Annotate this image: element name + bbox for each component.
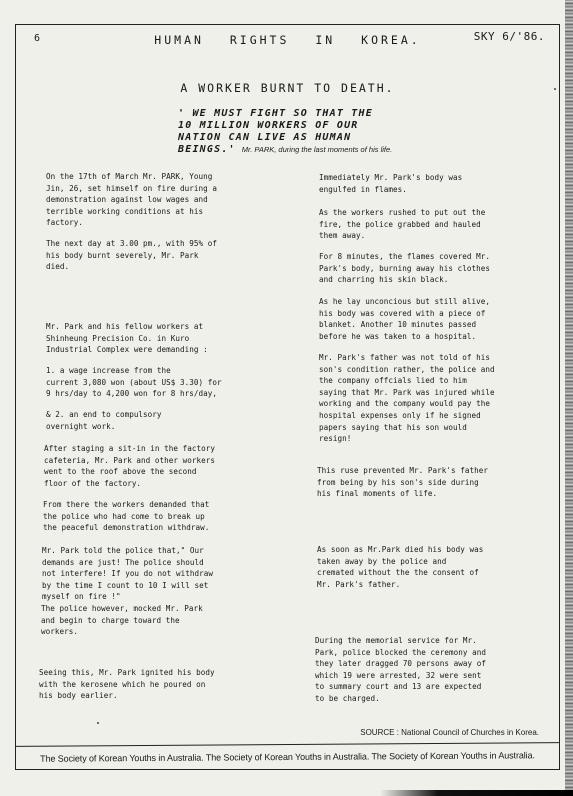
paragraph: & 2. an end to compulsory overnight work… [46, 409, 296, 432]
paragraph: After staging a sit-in in the factory ca… [44, 443, 294, 489]
footer-text: The Society of Korean Youths in Australi… [40, 750, 535, 763]
scan-shadow [380, 790, 573, 796]
footer-banner: The Society of Korean Youths in Australi… [16, 742, 559, 771]
paragraph: This ruse prevented Mr. Park's father fr… [317, 465, 557, 500]
paragraph: Mr. Park's father was not told of his so… [319, 352, 559, 445]
newsletter-page-frame: 6 HUMAN RIGHTS IN KOREA. SKY 6/'86. A WO… [15, 24, 560, 770]
paragraph: From there the workers demanded that the… [43, 499, 293, 534]
paragraph: Seeing this, Mr. Park ignited his body w… [39, 667, 289, 702]
paragraph: Immediately Mr. Park's body was engulfed… [319, 172, 559, 195]
scan-speck [554, 88, 556, 90]
paragraph: 1. a wage increase from the current 3,08… [46, 365, 296, 400]
paragraph: As the workers rushed to put out the fir… [319, 207, 559, 242]
scan-speck [97, 722, 99, 724]
paragraph: The police however, mocked Mr. Park and … [41, 603, 291, 638]
scan-page-edge [565, 0, 573, 796]
title-word: IN [315, 33, 335, 47]
quote-line: BEINGS.' [178, 144, 236, 155]
paragraph: Mr. Park told the police that," Our dema… [42, 545, 292, 603]
paragraph: On the 17th of March Mr. PARK, Young Jin… [46, 171, 296, 229]
quote-line: NATION CAN LIVE AS HUMAN [178, 132, 538, 144]
quote-line: 10 MILLION WORKERS OF OUR [178, 120, 538, 132]
quote-attribution: Mr. PARK, during the last moments of his… [242, 145, 392, 154]
paragraph: For 8 minutes, the flames covered Mr. Pa… [319, 251, 559, 286]
source-credit: SOURCE : National Council of Churches in… [360, 728, 539, 737]
title-word: HUMAN [154, 33, 204, 47]
paragraph: Mr. Park and his fellow workers at Shinh… [46, 321, 296, 356]
title-word: RIGHTS [230, 33, 290, 47]
issue-label: SKY 6/'86. [474, 30, 545, 43]
quote-line: ' WE MUST FIGHT SO THAT THE [178, 108, 538, 120]
paragraph: As he lay unconcious but still alive, hi… [319, 296, 559, 342]
pull-quote: ' WE MUST FIGHT SO THAT THE 10 MILLION W… [178, 108, 538, 156]
article-title: A WORKER BURNT TO DEATH. [16, 81, 559, 95]
title-word: KOREA. [361, 33, 421, 47]
paragraph: The next day at 3.00 pm., with 95% of hi… [46, 238, 296, 273]
paragraph: During the memorial service for Mr. Park… [315, 635, 555, 705]
paragraph: As soon as Mr.Park died his body was tak… [317, 544, 557, 590]
